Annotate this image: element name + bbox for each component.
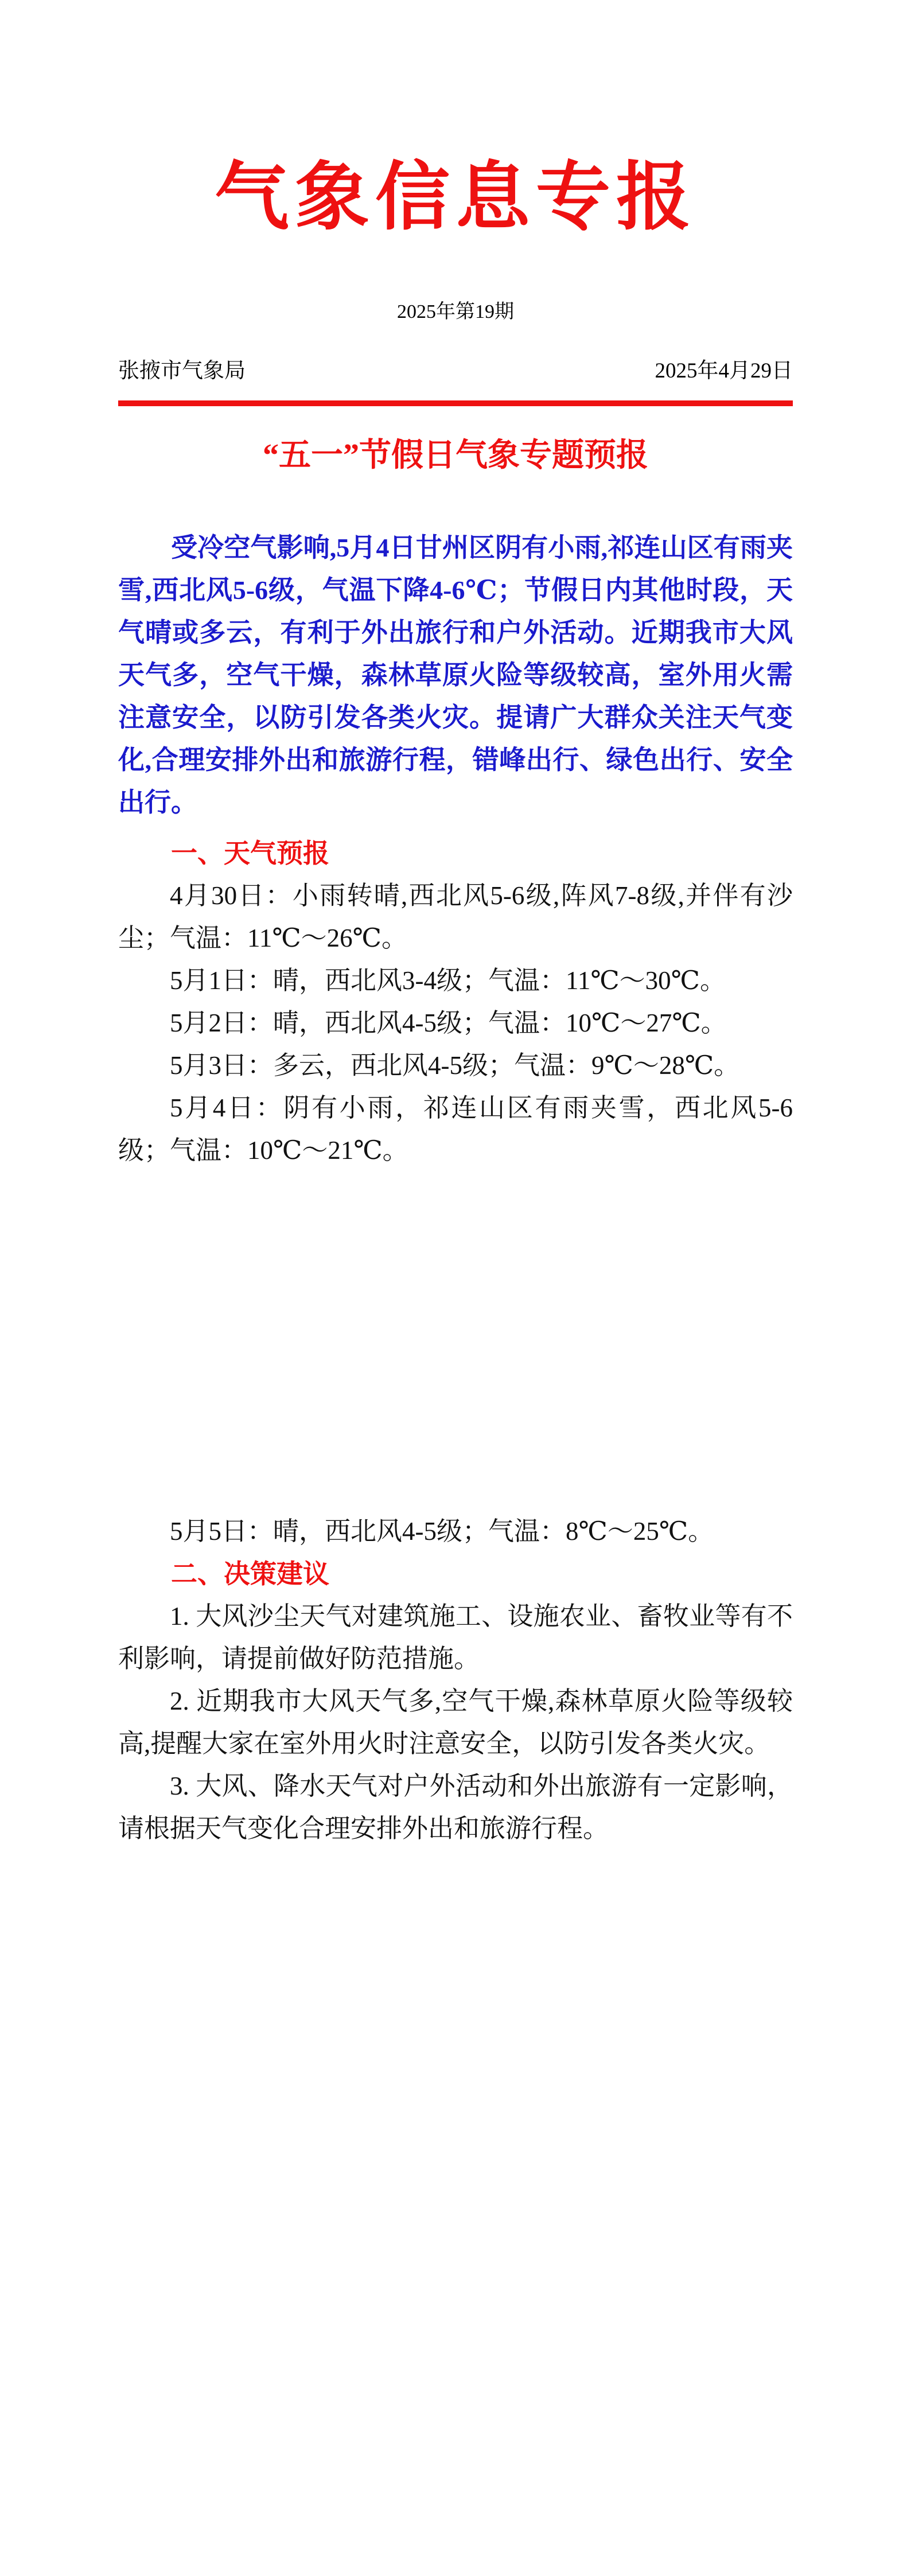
intro-paragraph: 受冷空气影响,5月4日甘州区阴有小雨,祁连山区有雨夹雪,西北风5-6级，气温下降… bbox=[118, 527, 793, 824]
forecast-entry-may4: 5月4日：阴有小雨，祁连山区有雨夹雪，西北风5-6级；气温：10℃～21℃。 bbox=[118, 1087, 793, 1172]
section-heading-forecast: 一、天气预报 bbox=[118, 832, 793, 874]
forecast-entry-may1: 5月1日：晴，西北风3-4级；气温：11℃～30℃。 bbox=[118, 959, 793, 1002]
bulletin-page: 气象信息专报 2025年第19期 张掖市气象局 2025年4月29日 “五一”节… bbox=[0, 0, 911, 2576]
advice-item-2: 2. 近期我市大风天气多,空气干燥,森林草原火险等级较高,提醒大家在室外用火时注… bbox=[118, 1680, 793, 1765]
forecast-entry-apr30: 4月30日：小雨转晴,西北风5-6级,阵风7-8级,并伴有沙尘；气温：11℃～2… bbox=[118, 874, 793, 959]
advice-item-1: 1. 大风沙尘天气对建筑施工、设施农业、畜牧业等有不利影响，请提前做好防范措施。 bbox=[118, 1595, 793, 1680]
advice-item-3: 3. 大风、降水天气对户外活动和外出旅游有一定影响，请根据天气变化合理安排外出和… bbox=[118, 1765, 793, 1850]
doc-subtitle: “五一”节假日气象专题预报 bbox=[118, 435, 793, 476]
forecast-entry-may2: 5月2日：晴，西北风4-5级；气温：10℃～27℃。 bbox=[118, 1002, 793, 1044]
issue-date: 2025年4月29日 bbox=[655, 357, 793, 385]
issue-number: 2025年第19期 bbox=[118, 298, 793, 326]
doc-title: 气象信息专报 bbox=[118, 138, 793, 258]
forecast-entry-may5: 5月5日：晴，西北风4-5级；气温：8℃～25℃。 bbox=[118, 1510, 793, 1552]
header-divider bbox=[118, 400, 793, 406]
forecast-entry-may3: 5月3日：多云，西北风4-5级；气温：9℃～28℃。 bbox=[118, 1044, 793, 1087]
section-heading-advice: 二、决策建议 bbox=[118, 1552, 793, 1595]
page-break-spacer bbox=[118, 1172, 793, 1510]
org-name: 张掖市气象局 bbox=[118, 357, 246, 385]
masthead-row: 张掖市气象局 2025年4月29日 bbox=[118, 357, 793, 385]
